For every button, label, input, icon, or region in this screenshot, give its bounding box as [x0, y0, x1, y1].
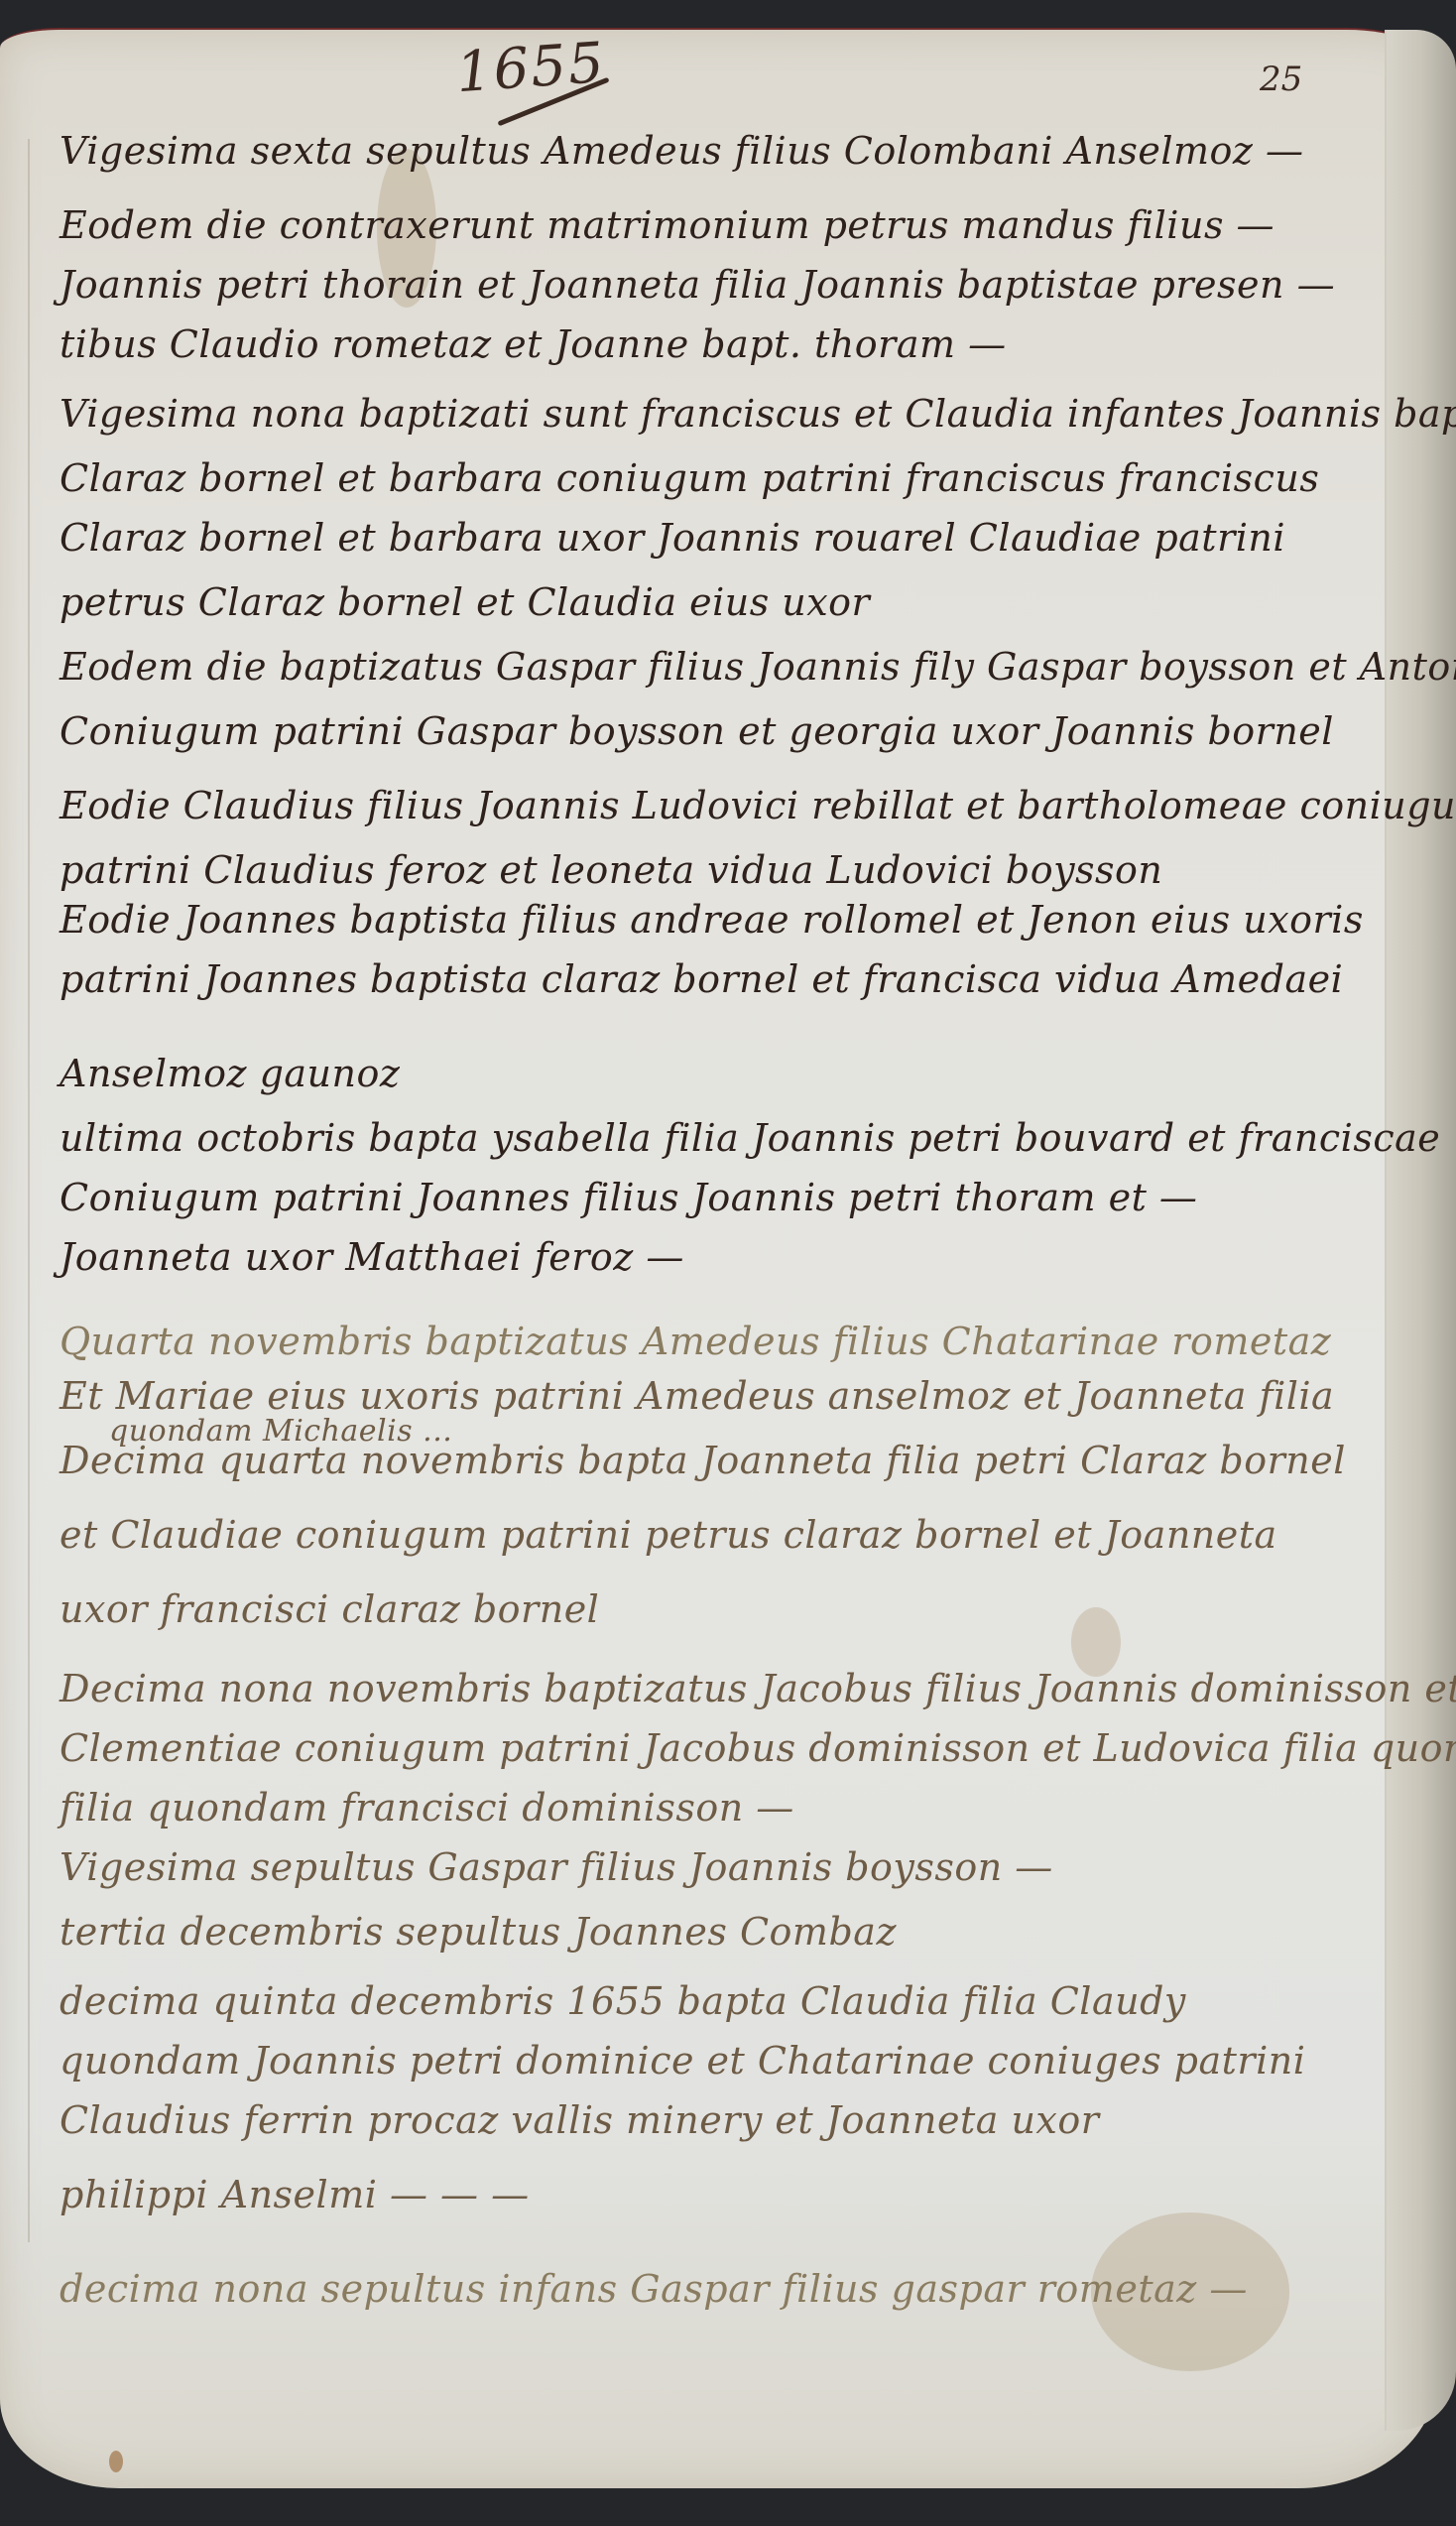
register-line: petrus Claraz bornel et Claudia eius uxo… — [60, 580, 870, 624]
register-line: decima quinta decembris 1655 bapta Claud… — [60, 1979, 1186, 2023]
register-line: et Claudiae coniugum patrini petrus clar… — [60, 1513, 1277, 1557]
register-line: Claraz bornel et barbara coniugum patrin… — [60, 456, 1319, 500]
register-line: Eodie Joannes baptista filius andreae ro… — [60, 898, 1364, 942]
register-line: Vigesima sexta sepultus Amedeus filius C… — [60, 129, 1304, 173]
register-line: Eodie Claudius filius Joannis Ludovici r… — [60, 784, 1456, 827]
register-line: filia quondam francisci dominisson — — [60, 1786, 794, 1830]
register-line: decima nona sepultus infans Gaspar filiu… — [60, 2267, 1248, 2311]
register-line: Vigesima sepultus Gaspar filius Joannis … — [60, 1845, 1053, 1889]
register-line: Decima nona novembris baptizatus Jacobus… — [60, 1667, 1456, 1710]
folio-number: 25 — [1260, 60, 1302, 99]
register-line: Eodem die baptizatus Gaspar filius Joann… — [60, 645, 1456, 689]
register-line: ultima octobris bapta ysabella filia Joa… — [60, 1116, 1440, 1160]
year-heading: 1655 — [454, 31, 608, 105]
register-line: tertia decembris sepultus Joannes Combaz — [60, 1910, 897, 1954]
register-line: Claraz bornel et barbara uxor Joannis ro… — [60, 516, 1285, 560]
register-line: Clementiae coniugum patrini Jacobus domi… — [60, 1726, 1456, 1770]
register-line: Joannis petri thorain et Joanneta filia … — [60, 263, 1335, 307]
register-line: Et Mariae eius uxoris patrini Amedeus an… — [60, 1374, 1334, 1418]
register-line: Joanneta uxor Matthaei feroz — — [60, 1235, 684, 1279]
register-line: uxor francisci claraz bornel — [60, 1587, 599, 1631]
register-line: philippi Anselmi — — — — [60, 2173, 530, 2216]
register-line: Vigesima nona baptizati sunt franciscus … — [60, 392, 1456, 436]
scan-surround: 1655 25 Vigesima sexta sepultus Amedeus … — [0, 0, 1456, 2526]
page-binding-edge — [1385, 30, 1456, 2431]
ink-stain — [109, 2451, 123, 2472]
register-line: Anselmoz gaunoz — [60, 1052, 400, 1095]
register-line: patrini Joannes baptista claraz bornel e… — [60, 957, 1343, 1001]
register-line: Claudius ferrin procaz vallis minery et … — [60, 2098, 1099, 2142]
margin-rule — [28, 139, 30, 2242]
register-line: Decima quarta novembris bapta Joanneta f… — [60, 1439, 1346, 1482]
register-line: tibus Claudio rometaz et Joanne bapt. th… — [60, 322, 1007, 366]
register-line: Coniugum patrini Gaspar boysson et georg… — [60, 709, 1334, 753]
register-line: quondam Joannis petri dominice et Chatar… — [60, 2039, 1305, 2083]
register-line: Eodem die contraxerunt matrimonium petru… — [60, 203, 1274, 247]
register-line: patrini Claudius feroz et leoneta vidua … — [60, 848, 1162, 892]
register-line: Coniugum patrini Joannes filius Joannis … — [60, 1176, 1197, 1219]
register-line: Quarta novembris baptizatus Amedeus fili… — [60, 1320, 1331, 1363]
